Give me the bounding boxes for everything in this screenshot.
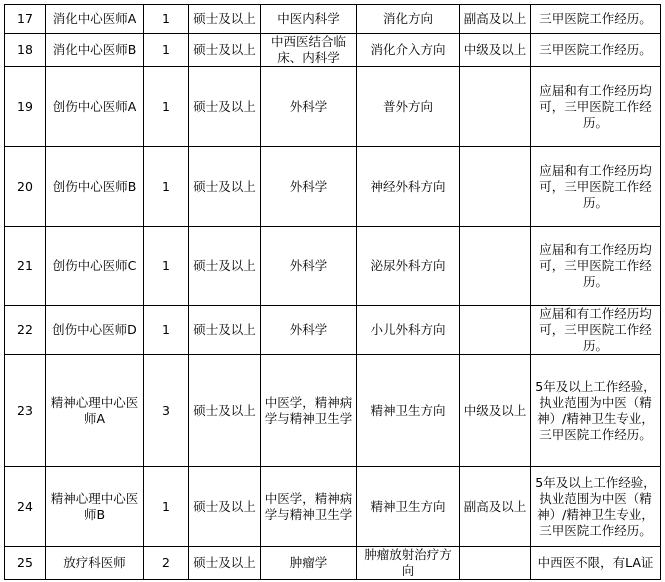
other-requirements: 三甲医院工作经历。 bbox=[531, 34, 661, 67]
education-requirement: 硕士及以上 bbox=[189, 67, 261, 147]
major: 肿瘤学 bbox=[261, 547, 357, 580]
research-direction: 普外方向 bbox=[357, 67, 460, 147]
education-requirement: 硕士及以上 bbox=[189, 147, 261, 227]
table-row: 18 消化中心医师B 1 硕士及以上 中西医结合临床、内科学 消化介入方向 中级… bbox=[5, 34, 661, 67]
professional-title: 中级及以上 bbox=[460, 355, 531, 467]
other-requirements: 中西医不限，有LA证 bbox=[531, 547, 661, 580]
professional-title bbox=[460, 147, 531, 227]
education-requirement: 硕士及以上 bbox=[189, 34, 261, 67]
professional-title: 副高及以上 bbox=[460, 5, 531, 34]
major: 中医内科学 bbox=[261, 5, 357, 34]
professional-title bbox=[460, 227, 531, 306]
major: 外科学 bbox=[261, 306, 357, 355]
headcount: 1 bbox=[144, 34, 189, 67]
position-name: 精神心理中心医师A bbox=[46, 355, 144, 467]
row-number: 19 bbox=[5, 67, 46, 147]
row-number: 21 bbox=[5, 227, 46, 306]
professional-title: 副高及以上 bbox=[460, 467, 531, 547]
research-direction: 消化介入方向 bbox=[357, 34, 460, 67]
professional-title bbox=[460, 547, 531, 580]
position-name: 放疗科医师 bbox=[46, 547, 144, 580]
research-direction: 小儿外科方向 bbox=[357, 306, 460, 355]
position-name: 消化中心医师A bbox=[46, 5, 144, 34]
education-requirement: 硕士及以上 bbox=[189, 467, 261, 547]
other-requirements: 应届和有工作经历均可，三甲医院工作经历。 bbox=[531, 306, 661, 355]
major: 外科学 bbox=[261, 227, 357, 306]
headcount: 1 bbox=[144, 306, 189, 355]
research-direction: 泌尿外科方向 bbox=[357, 227, 460, 306]
row-number: 20 bbox=[5, 147, 46, 227]
major: 中医学，精神病学与精神卫生学 bbox=[261, 467, 357, 547]
table-row: 17 消化中心医师A 1 硕士及以上 中医内科学 消化方向 副高及以上 三甲医院… bbox=[5, 5, 661, 34]
professional-title bbox=[460, 67, 531, 147]
education-requirement: 硕士及以上 bbox=[189, 227, 261, 306]
education-requirement: 硕士及以上 bbox=[189, 547, 261, 580]
recruitment-table: 17 消化中心医师A 1 硕士及以上 中医内科学 消化方向 副高及以上 三甲医院… bbox=[4, 4, 661, 580]
position-name: 创伤中心医师A bbox=[46, 67, 144, 147]
table-row: 21 创伤中心医师C 1 硕士及以上 外科学 泌尿外科方向 应届和有工作经历均可… bbox=[5, 227, 661, 306]
other-requirements: 5年及以上工作经验，执业范围为中医（精神）/精神卫生专业，三甲医院工作经历。 bbox=[531, 467, 661, 547]
row-number: 23 bbox=[5, 355, 46, 467]
research-direction: 消化方向 bbox=[357, 5, 460, 34]
position-name: 创伤中心医师C bbox=[46, 227, 144, 306]
table-row: 20 创伤中心医师B 1 硕士及以上 外科学 神经外科方向 应届和有工作经历均可… bbox=[5, 147, 661, 227]
row-number: 22 bbox=[5, 306, 46, 355]
other-requirements: 应届和有工作经历均可，三甲医院工作经历。 bbox=[531, 67, 661, 147]
other-requirements: 应届和有工作经历均可，三甲医院工作经历。 bbox=[531, 147, 661, 227]
table-row: 19 创伤中心医师A 1 硕士及以上 外科学 普外方向 应届和有工作经历均可，三… bbox=[5, 67, 661, 147]
other-requirements: 5年及以上工作经验，执业范围为中医（精神）/精神卫生专业，三甲医院工作经历。 bbox=[531, 355, 661, 467]
row-number: 18 bbox=[5, 34, 46, 67]
table-row: 23 精神心理中心医师A 3 硕士及以上 中医学，精神病学与精神卫生学 精神卫生… bbox=[5, 355, 661, 467]
education-requirement: 硕士及以上 bbox=[189, 306, 261, 355]
other-requirements: 三甲医院工作经历。 bbox=[531, 5, 661, 34]
position-name: 消化中心医师B bbox=[46, 34, 144, 67]
research-direction: 肿瘤放射治疗方向 bbox=[357, 547, 460, 580]
row-number: 24 bbox=[5, 467, 46, 547]
education-requirement: 硕士及以上 bbox=[189, 5, 261, 34]
table-row: 25 放疗科医师 2 硕士及以上 肿瘤学 肿瘤放射治疗方向 中西医不限，有LA证 bbox=[5, 547, 661, 580]
major: 中医学，精神病学与精神卫生学 bbox=[261, 355, 357, 467]
major: 中西医结合临床、内科学 bbox=[261, 34, 357, 67]
professional-title bbox=[460, 306, 531, 355]
major: 外科学 bbox=[261, 67, 357, 147]
table-row: 24 精神心理中心医师B 1 硕士及以上 中医学，精神病学与精神卫生学 精神卫生… bbox=[5, 467, 661, 547]
row-number: 17 bbox=[5, 5, 46, 34]
other-requirements: 应届和有工作经历均可，三甲医院工作经历。 bbox=[531, 227, 661, 306]
research-direction: 精神卫生方向 bbox=[357, 355, 460, 467]
headcount: 1 bbox=[144, 147, 189, 227]
research-direction: 神经外科方向 bbox=[357, 147, 460, 227]
headcount: 1 bbox=[144, 67, 189, 147]
education-requirement: 硕士及以上 bbox=[189, 355, 261, 467]
position-name: 创伤中心医师B bbox=[46, 147, 144, 227]
headcount: 2 bbox=[144, 547, 189, 580]
row-number: 25 bbox=[5, 547, 46, 580]
professional-title: 中级及以上 bbox=[460, 34, 531, 67]
major: 外科学 bbox=[261, 147, 357, 227]
headcount: 1 bbox=[144, 467, 189, 547]
research-direction: 精神卫生方向 bbox=[357, 467, 460, 547]
headcount: 1 bbox=[144, 5, 189, 34]
position-name: 精神心理中心医师B bbox=[46, 467, 144, 547]
table-row: 22 创伤中心医师D 1 硕士及以上 外科学 小儿外科方向 应届和有工作经历均可… bbox=[5, 306, 661, 355]
headcount: 1 bbox=[144, 227, 189, 306]
position-name: 创伤中心医师D bbox=[46, 306, 144, 355]
headcount: 3 bbox=[144, 355, 189, 467]
